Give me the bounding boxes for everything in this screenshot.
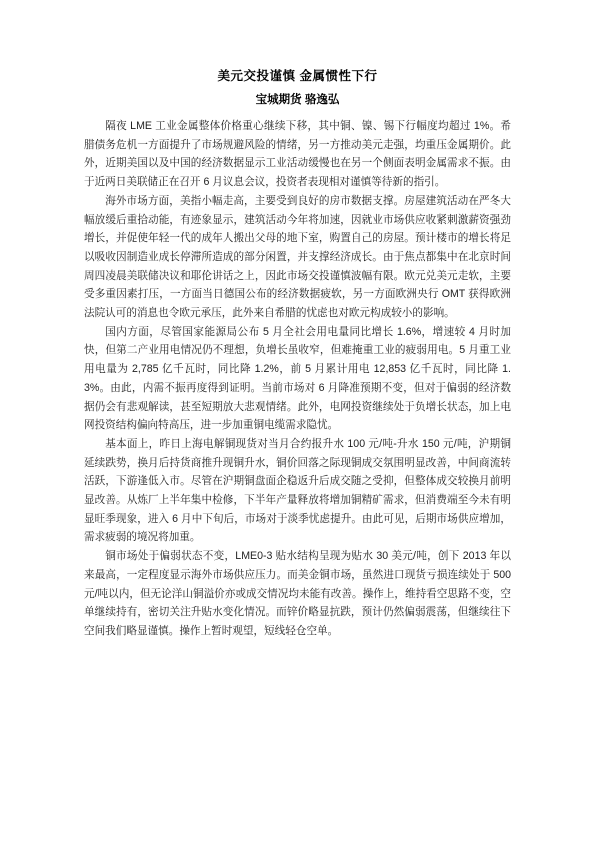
paragraph-outlook-strategy: 铜市场处于偏弱状态不变，LME0-3 贴水结构呈现为贴水 30 美元/吨，创下 … (84, 547, 511, 641)
paragraph-overnight-lme: 隔夜 LME 工业金属整体价格重心继续下移，其中铜、镍、锡下行幅度均超过 1%。… (84, 117, 511, 192)
document-page: 美元交投谨慎 金属惯性下行 宝城期货 骆逸弘 隔夜 LME 工业金属整体价格重心… (0, 0, 595, 842)
paragraph-overseas-market: 海外市场方面，美指小幅走高，主要受到良好的房市数据支撑。房屋建筑活动在严冬大幅放… (84, 192, 511, 323)
article-body: 隔夜 LME 工业金属整体价格重心继续下移，其中铜、镍、锡下行幅度均超过 1%。… (84, 117, 511, 641)
paragraph-domestic-power: 国内方面，尽管国家能源局公布 5 月全社会用电量同比增长 1.6%，增速较 4 … (84, 323, 511, 435)
paragraph-fundamentals-copper: 基本面上，昨日上海电解铜现货对当月合约报升水 100 元/吨-升水 150 元/… (84, 435, 511, 547)
article-title: 美元交投谨慎 金属惯性下行 (84, 67, 511, 85)
article-byline: 宝城期货 骆逸弘 (84, 91, 511, 109)
